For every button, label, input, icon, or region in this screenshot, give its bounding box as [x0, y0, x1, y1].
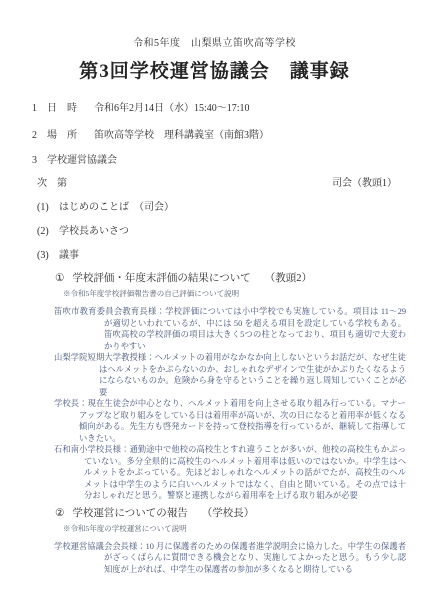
remark-speaker: 学校運営協議会会長様： — [54, 542, 146, 551]
remark: 笛吹市教育委員会教育長様：学校評価については小中学校でも実施している。項目は 1… — [54, 306, 406, 352]
agenda-heading: 次 第 — [37, 177, 67, 190]
agenda-item-proceedings: (3)議事 — [37, 250, 397, 262]
remark-speaker: 山梨学院短期大学教授様： — [54, 353, 155, 362]
agenda-item-principal-greeting: (2)学校長あいさつ — [37, 226, 397, 238]
topic-no: ② — [55, 508, 64, 519]
topic-note: ※令和5年度の学校運営について説明 — [63, 524, 397, 534]
meta-no: 3 — [32, 154, 47, 167]
topic-no: ① — [55, 273, 64, 284]
remarks-section-evaluation: 笛吹市教育委員会教育長様：学校評価については小中学校でも実施している。項目は 1… — [54, 306, 406, 502]
agenda-item-opening: (1)はじめのことば （司会） — [37, 202, 397, 214]
remark-text: 現在生徒会が中心となり、ヘルメット着用を向上させる取り組み行っている。マナーアッ… — [79, 399, 406, 443]
agenda-item-no: (3) — [37, 250, 59, 262]
agenda-item-text: 学校長あいさつ — [59, 226, 129, 237]
remark-speaker: 石和南小学校長様： — [54, 445, 129, 454]
doc-title: 第3回学校運営協議会 議事録 — [32, 60, 397, 84]
agenda-item-text: 議事 — [59, 250, 79, 261]
agenda-item-no: (1) — [37, 202, 59, 214]
document-page: 令和5年度 山梨県立笛吹高等学校 第3回学校運営協議会 議事録 1日 時令和6年… — [0, 0, 424, 600]
moderator-label: 司会（教頭1） — [332, 177, 397, 190]
remark: 山梨学院短期大学教授様：ヘルメットの着用がなかなか向上しないというお話だが、なぜ… — [54, 352, 406, 398]
remark-text: 通勤途中で他校の高校生とすれ違うことが多いが、他校の高校生もかぶっていない。多分… — [84, 445, 406, 500]
remark: 学校運営協議会会長様：10 月に保護者のための保護者進学説明会に協力した。中学生… — [54, 541, 406, 576]
topic-title: 学校運営についての報告 — [72, 508, 187, 519]
agenda-item-no: (2) — [37, 226, 59, 238]
remark-speaker: 笛吹市教育委員会教育長様： — [54, 307, 165, 316]
meta-no: 1 — [32, 102, 47, 115]
meta-no: 2 — [32, 129, 47, 142]
agenda-item-text: はじめのことば （司会） — [59, 202, 174, 213]
meta-value: 笛吹高等学校 理科講義室（南館3階） — [94, 130, 269, 141]
remark-text: 10 月に保護者のための保護者進学説明会に協力した。中学生の保護者がざっくばらん… — [104, 542, 406, 574]
topic-presenter: （学校長） — [202, 508, 255, 519]
topic-presenter: （教頭2） — [265, 273, 312, 284]
meta-label: 学校運営協議会 — [47, 154, 117, 167]
agenda-header: 次 第 司会（教頭1） — [37, 177, 397, 190]
topic-heading-evaluation: ①学校評価・年度末評価の結果について（教頭2） — [55, 272, 397, 286]
meta-value: 令和6年2月14日（水）15:40～17:10 — [94, 103, 250, 114]
meta-item-council: 3学校運営協議会 — [32, 154, 397, 167]
remark: 学校長：現在生徒会が中心となり、ヘルメット着用を向上させる取り組み行っている。マ… — [54, 398, 406, 444]
remark-speaker: 学校長： — [54, 399, 88, 408]
meta-item-datetime: 1日 時令和6年2月14日（水）15:40～17:10 — [32, 102, 397, 115]
topic-title: 学校評価・年度末評価の結果について — [72, 273, 250, 284]
topic-heading-operations-report: ②学校運営についての報告（学校長） — [55, 507, 397, 521]
meta-label: 日 時 — [47, 102, 94, 115]
topic-note: ※令和5年度学校評価報告書の自己評価について説明 — [63, 289, 397, 299]
meta-item-place: 2場 所笛吹高等学校 理科講義室（南館3階） — [32, 129, 397, 142]
doc-subtitle: 令和5年度 山梨県立笛吹高等学校 — [32, 38, 397, 50]
remark: 石和南小学校長様：通勤途中で他校の高校生とすれ違うことが多いが、他校の高校生もか… — [54, 444, 406, 502]
meta-label: 場 所 — [47, 129, 94, 142]
remarks-section-operations: 学校運営協議会会長様：10 月に保護者のための保護者進学説明会に協力した。中学生… — [54, 541, 406, 576]
